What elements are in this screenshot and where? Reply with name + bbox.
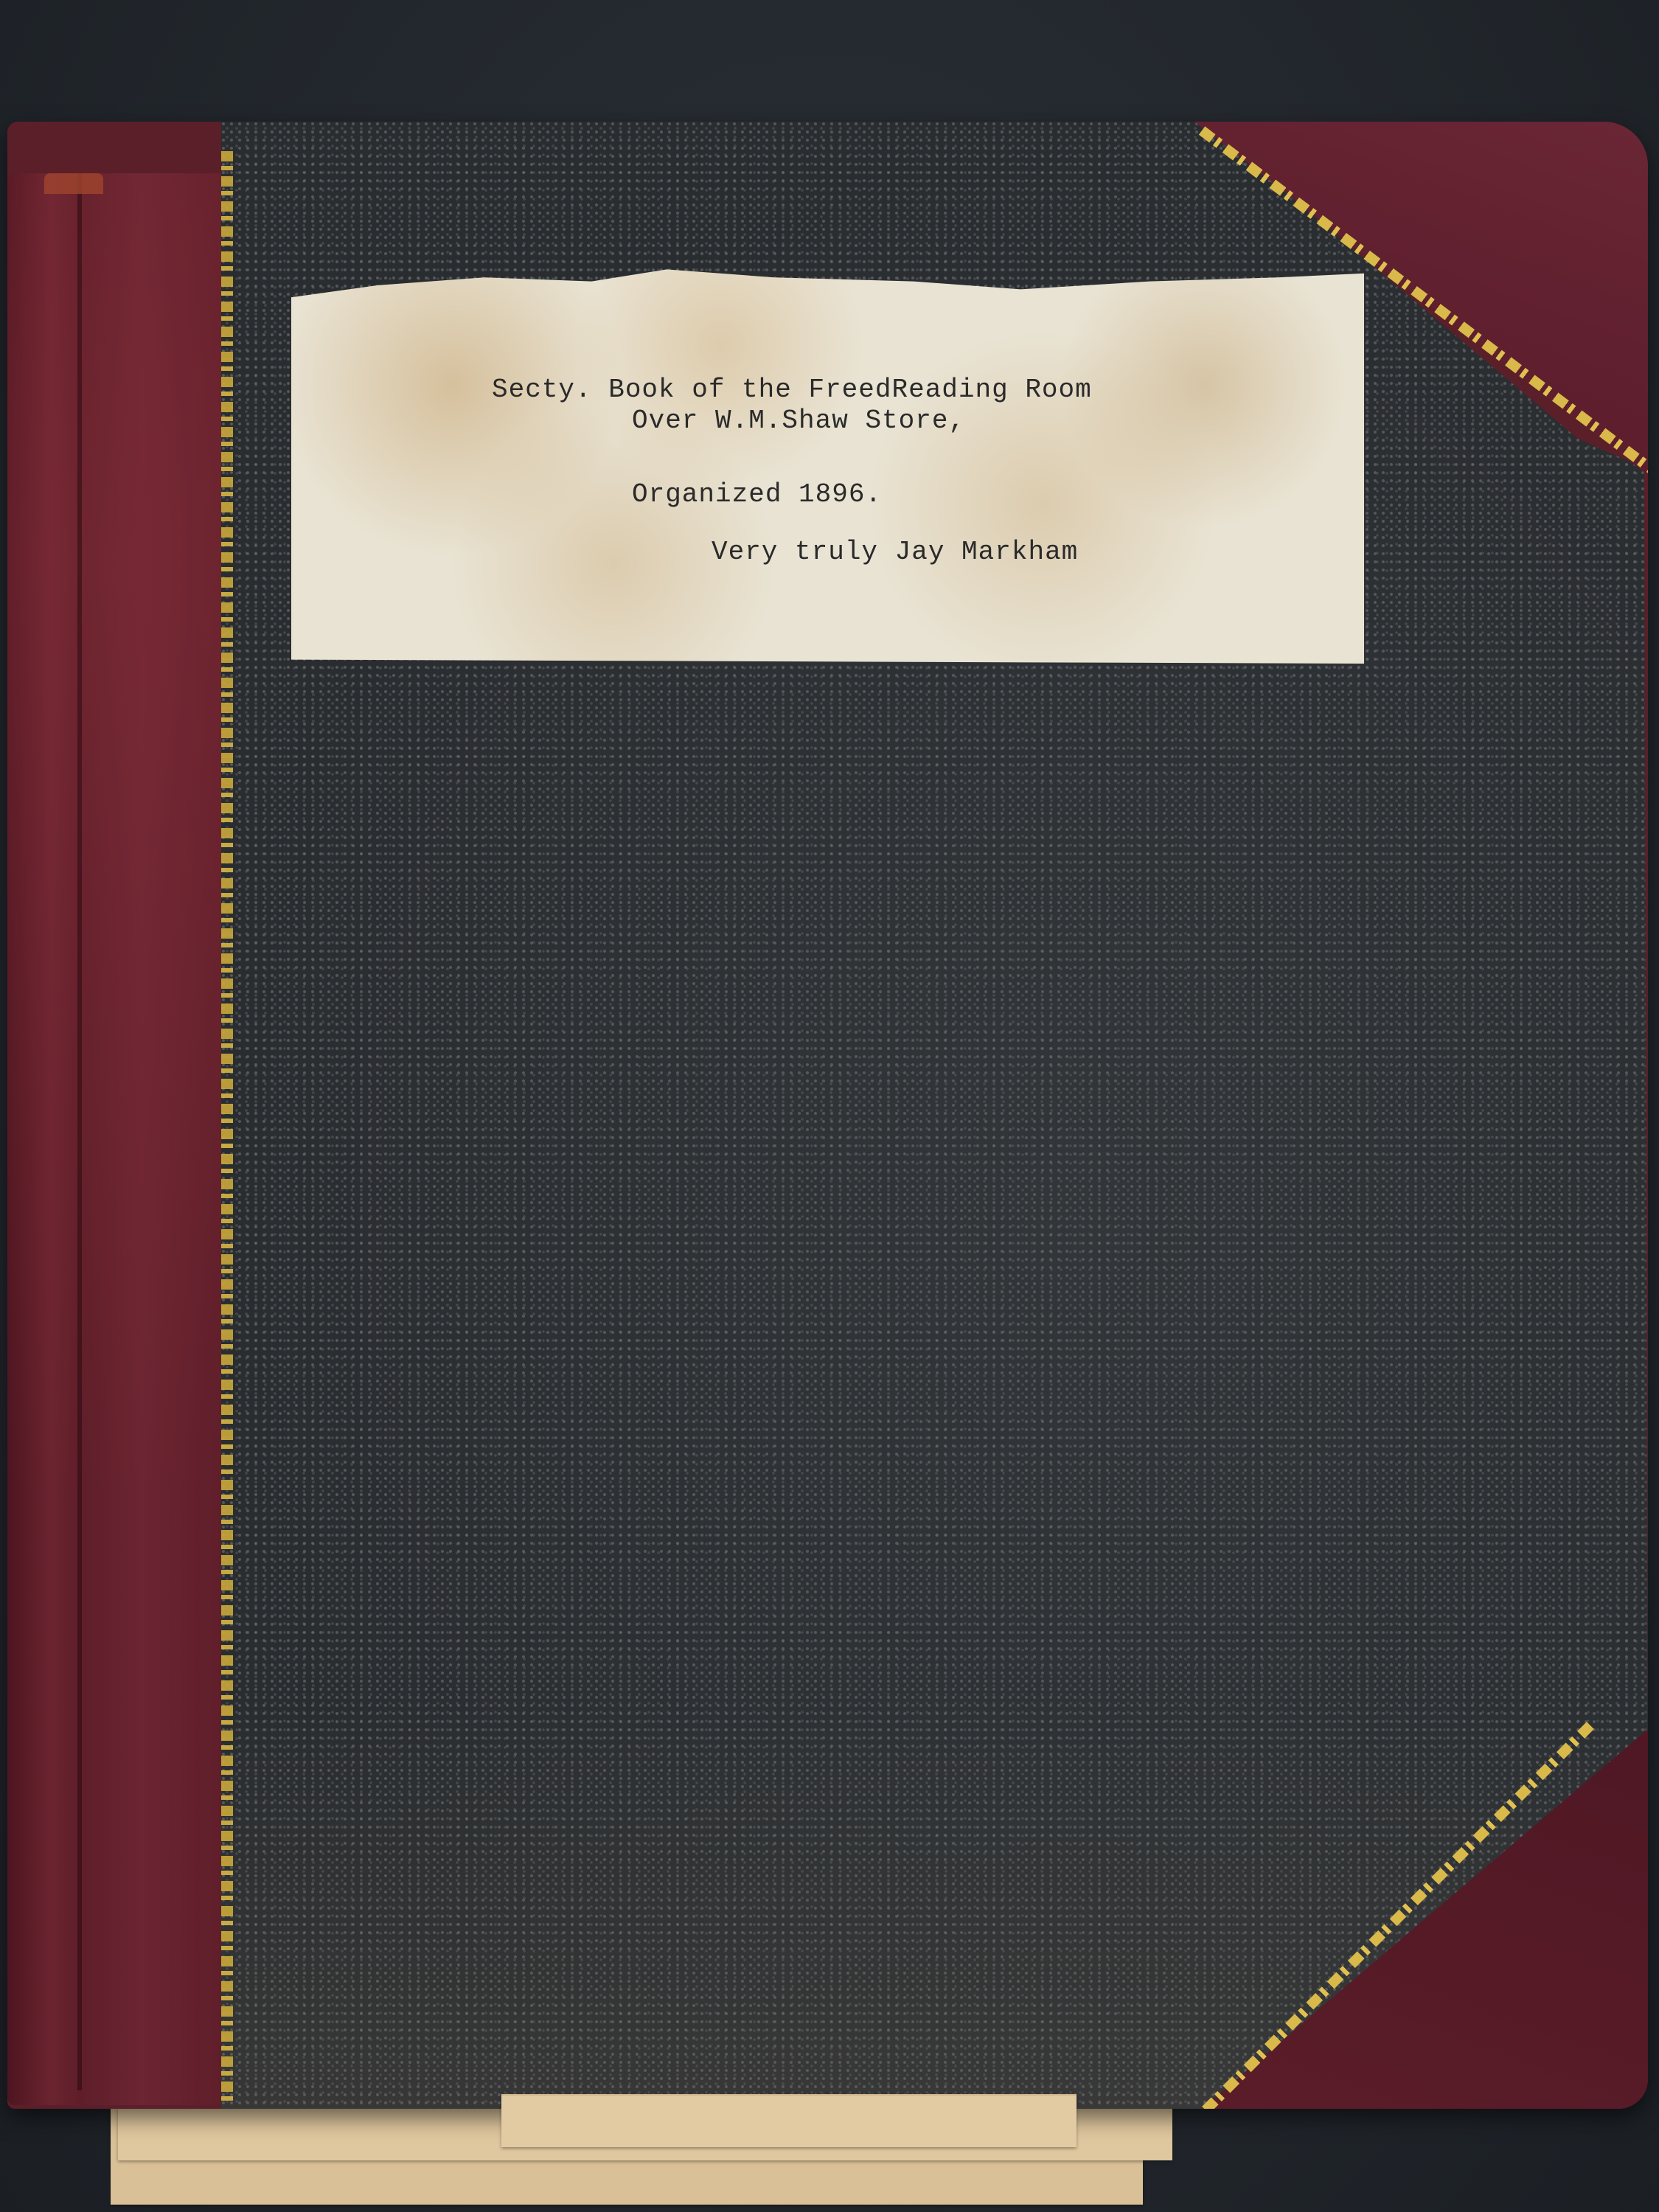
- gilt-border-spine: [221, 151, 233, 2105]
- loose-paper-sheet: [501, 2094, 1077, 2147]
- spine-hinge: [77, 173, 82, 2090]
- label-organized: Organized 1896.: [632, 479, 882, 509]
- label-title: Secty. Book of the FreedReading Room: [492, 375, 1092, 405]
- label-location: Over W.M.Shaw Store,: [632, 406, 965, 436]
- spine-wear: [44, 173, 103, 194]
- label-signature: Very truly Jay Markham: [712, 537, 1078, 567]
- photo-scene: Secty. Book of the FreedReading Room Ove…: [0, 0, 1659, 2212]
- leather-spine: [7, 173, 251, 2105]
- typed-paper-label: Secty. Book of the FreedReading Room Ove…: [291, 265, 1364, 664]
